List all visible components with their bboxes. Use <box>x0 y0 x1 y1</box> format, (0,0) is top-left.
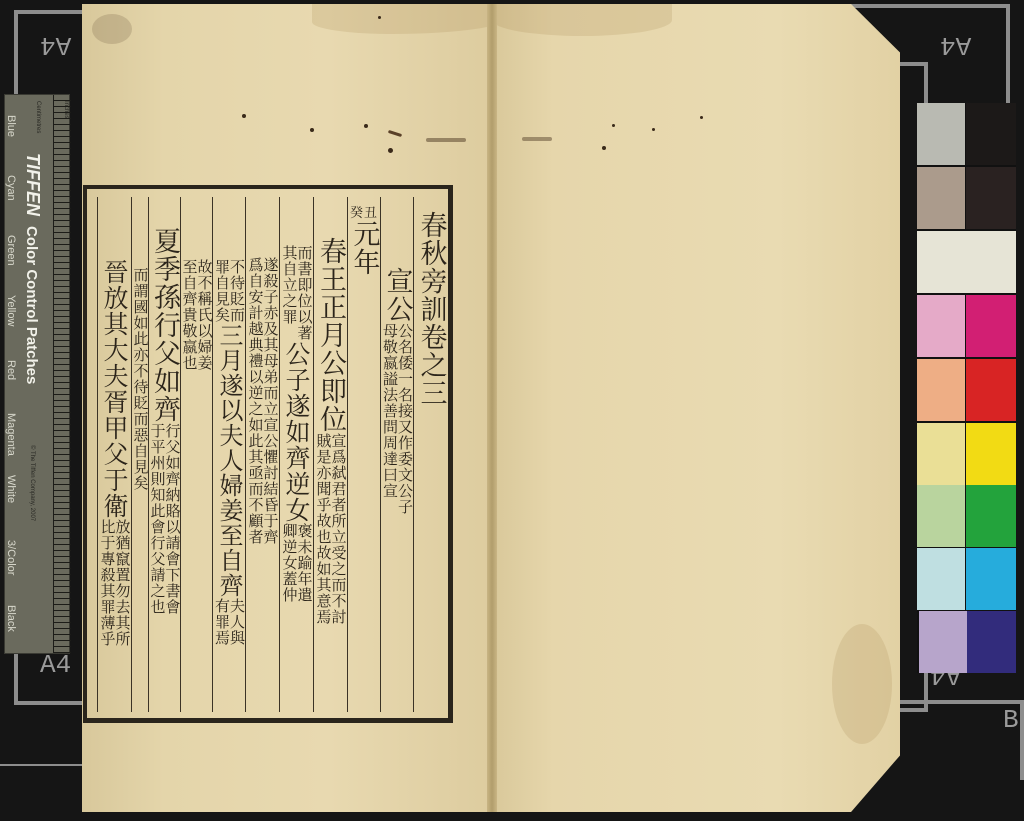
text-column: 夏季孫行父如齊 行父如齊納賂以請會下書會 于平州則知此會行父請之也 <box>148 197 180 712</box>
ruler-copyright: © The Tiffen Company, 2007 <box>29 445 35 521</box>
ruler-color-white: White <box>5 475 17 503</box>
patch-pale-green <box>917 485 965 547</box>
ruler-color-cyan: Cyan <box>5 175 17 201</box>
mat-label-top-left: A4 <box>40 30 71 60</box>
annotation-left: 罪自見矣 <box>214 259 229 323</box>
wormhole <box>364 124 368 128</box>
year-heading: 元年 <box>350 220 377 276</box>
annotation-left: 母敬嬴謚法善問周達曰宣 <box>382 323 397 515</box>
corner-wear <box>92 14 132 44</box>
annotation-right: 宣爲弑君者所立受之而不討 <box>331 433 346 625</box>
book-gutter <box>487 4 497 812</box>
year-cyclical: 癸丑 <box>350 207 378 220</box>
wormhole <box>652 128 655 131</box>
annotation-right: 夫人與 <box>229 598 244 646</box>
ruler-color-yellow: Yellow <box>5 295 17 326</box>
patch-pale-cyan <box>917 548 965 610</box>
text-column: 而書即位以著 其自立之罪 公子遂如齊逆女 褒未踰年遣 卿逆女蓋仲 <box>279 197 313 712</box>
patch-green <box>966 485 1016 547</box>
ruler-ticks <box>53 95 71 653</box>
water-stain <box>832 624 892 744</box>
classic-text: 公子遂如齊逆女 <box>284 341 309 523</box>
patch-pink <box>917 295 965 357</box>
annotation-left: 其自立之罪 <box>282 245 297 341</box>
patch-white <box>917 231 1016 293</box>
annotation-right: 故不稱氏以婦姜 <box>197 259 212 712</box>
worm-track <box>426 138 466 142</box>
mat-label-top-right: A4 <box>940 30 971 60</box>
patch-cyan <box>966 548 1016 610</box>
text-column: 宣公 公名倭一名接又作委文公子 母敬嬴謚法善問周達曰宣 <box>380 197 413 712</box>
ruler-color-green: Green <box>5 235 17 266</box>
tiffen-logo: TIFFEN <box>23 153 43 216</box>
annotation-left: 于平州則知此會行父請之也 <box>150 423 165 615</box>
wormhole <box>602 146 606 150</box>
annotation-left: 卿逆女蓋仲 <box>282 523 297 603</box>
patch-blue <box>967 611 1016 673</box>
ruler-color-black: Black <box>5 605 17 632</box>
patch-black <box>966 103 1016 165</box>
text-column: 晉放其大夫胥甲父于衛 放猶竄置勿去其所 比于專殺其罪薄乎 <box>97 197 131 712</box>
patch-red <box>966 359 1016 421</box>
annotation-right: 而書即位以著 <box>297 245 312 341</box>
text-column: 遂殺子赤及其母弟而立宣公懼討結昏于齊 爲自安計越典禮以逆之如此其亟而不顧者 <box>245 197 279 712</box>
text-column: 而謂國如此亦不待貶而惡自見矣 <box>131 197 148 712</box>
mat-guide-bottom-left <box>0 764 86 768</box>
text-column-title: 春秋旁訓卷之三 <box>413 197 448 712</box>
wormhole <box>378 16 381 19</box>
patch-pale-yellow <box>917 423 965 485</box>
annotation-left: 賊是亦聞乎故也故如其意焉 <box>316 433 331 625</box>
annotation-right: 不待貶而 <box>229 259 244 323</box>
ruler-units-cm: Centimetres <box>35 101 41 133</box>
patch-gray-warm <box>917 167 965 229</box>
annotation-left: 有罪焉 <box>214 598 229 646</box>
worm-track <box>388 130 402 137</box>
patch-peach <box>917 359 965 421</box>
ruler-title: Color Control Patches <box>23 226 40 384</box>
duke-name: 宣公 <box>384 267 411 323</box>
mat-label-bottom-left: A4 <box>40 650 71 680</box>
text-column: 不待貶而 罪自見矣 三月遂以夫人婦姜至自齊 夫人與 有罪焉 <box>212 197 245 712</box>
annotation-right: 行父如齊納賂以請會下書會 <box>165 423 180 615</box>
water-stain <box>312 4 512 34</box>
wormhole <box>242 114 246 118</box>
water-stain <box>492 4 672 36</box>
wormhole <box>612 124 615 127</box>
patch-yellow <box>966 423 1016 485</box>
ruler-color-red: Red <box>5 360 17 380</box>
patch-lavender <box>919 611 967 673</box>
wormhole <box>310 128 314 132</box>
tiffen-color-ruler: Centimetres Inches TIFFENColor Control P… <box>4 94 70 654</box>
printed-text-frame: 春秋旁訓卷之三 宣公 公名倭一名接又作委文公子 母敬嬴謚法善問周達曰宣 癸丑 元… <box>83 185 453 723</box>
annotation-right: 放猶竄置勿去其所 <box>115 519 130 647</box>
wormhole <box>388 148 393 153</box>
ruler-color-3color: 3/Color <box>5 540 17 575</box>
annotation-left: 至自齊貴敬嬴也 <box>182 259 197 712</box>
classic-text: 晉放其大夫胥甲父于衛 <box>102 259 127 519</box>
annotation-left: 爲自安計越典禮以逆之如此其亟而不顧者 <box>248 257 263 712</box>
classic-text: 三月遂以夫人婦姜至自齊 <box>217 323 241 598</box>
annotation-right: 遂殺子赤及其母弟而立宣公懼討結昏于齊 <box>263 257 278 712</box>
classic-text: 夏季孫行父如齊 <box>151 227 178 423</box>
patch-gray-light <box>917 103 965 165</box>
text-column: 故不稱氏以婦姜 至自齊貴敬嬴也 <box>180 197 212 712</box>
patch-magenta <box>966 295 1016 357</box>
ruler-color-magenta: Magenta <box>5 413 17 456</box>
annotation-left: 比于專殺其罪薄乎 <box>100 519 115 647</box>
worm-track <box>522 137 552 141</box>
wormhole <box>700 116 703 119</box>
annotation: 而謂國如此亦不待貶而惡自見矣 <box>133 267 148 712</box>
annotation-right: 公名倭一名接又作委文公子 <box>397 323 412 515</box>
chapter-title: 春秋旁訓卷之三 <box>418 211 445 712</box>
mat-label-b: B <box>1003 705 1019 735</box>
patch-dark-brown <box>966 167 1016 229</box>
classic-text: 春王正月公即位 <box>317 237 344 433</box>
text-column: 春王正月公即位 宣爲弑君者所立受之而不討 賊是亦聞乎故也故如其意焉 <box>313 197 347 712</box>
right-page <box>492 4 900 812</box>
color-control-patches <box>917 103 1016 673</box>
ruler-color-blue: Blue <box>5 115 17 137</box>
ruler-brand: TIFFENColor Control Patches <box>22 153 43 384</box>
text-column: 癸丑 元年 <box>347 197 380 712</box>
annotation-right: 褒未踰年遣 <box>297 523 312 603</box>
